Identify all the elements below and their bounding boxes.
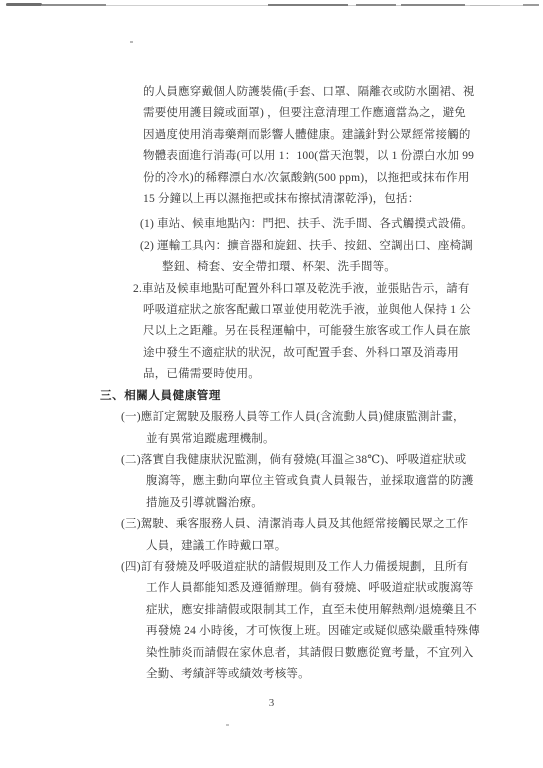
text-line: (一)應訂定駕駛及服務人員等工作人員(含流動人員)健康監測計畫， (0, 407, 543, 428)
text-line: 的人員應穿戴個人防護裝備(手套、口罩、隔離衣或防水圍裙、視 (0, 82, 543, 103)
text-line: 份的冷水)的稀釋漂白水/次氯酸鈉(500 ppm)，以拖把或抹布作用 (0, 168, 543, 189)
text-line: 整鈕、椅套、安全帶扣環、杯架、洗手間等。 (0, 257, 543, 278)
scan-line-segment (42, 4, 106, 6)
scan-speck (130, 41, 133, 43)
list-item-vehicles: (2) 運輸工具內：擴音器和旋鈕、扶手、按鈕、空調出口、座椅調 整鈕、椅套、安全… (0, 236, 543, 279)
text-line: 需要使用護目鏡或面罩) ，但要注意清理工作應適當為之，避免 (0, 103, 543, 124)
text-line: 染性肺炎而請假在家休息者，其請假日數應從寬考量，不宜列入 (0, 643, 543, 664)
scan-line-segment (401, 4, 465, 6)
text-line: 人員，建議工作時戴口罩。 (0, 536, 543, 557)
text-line: 品，已備需要時使用。 (0, 364, 543, 385)
text-line: 途中發生不適症狀的狀況，故可配置手套、外科口罩及消毒用 (0, 343, 543, 364)
sub-item-leave-rules: (四)訂有發燒及呼吸道症狀的請假規則及工作人力備援規劃，且所有 工作人員都能知悉… (0, 557, 543, 685)
text-line: 再發燒 24 小時後，才可恢復上班。因確定或疑似感染嚴重特殊傳 (0, 621, 543, 642)
text-line: (二)落實自我健康狀況監測，倘有發燒(耳溫≧38℃)、呼吸道症狀或 (0, 450, 543, 471)
sub-item-staff-masks: (三)駕駛、乘客服務人員、清潔消毒人員及其他經常接觸民眾之工作 人員，建議工作時… (0, 514, 543, 557)
text-line: 腹瀉等，應主動向單位主管或負責人員報告，並採取適當的防護 (0, 471, 543, 492)
scan-line-segment (470, 5, 500, 6)
text-line: 尺以上之距離。另在長程運輸中，可能發生旅客或工作人員在旅 (0, 321, 543, 342)
text-line: (四)訂有發燒及呼吸道症狀的請假規則及工作人力備援規劃，且所有 (0, 557, 543, 578)
text-line: 並有異常追蹤處理機制。 (0, 429, 543, 450)
sub-item-health-monitoring-plan: (一)應訂定駕駛及服務人員等工作人員(含流動人員)健康監測計畫， 並有異常追蹤處… (0, 407, 543, 450)
sub-item-self-monitoring: (二)落實自我健康狀況監測，倘有發燒(耳溫≧38℃)、呼吸道症狀或 腹瀉等，應主… (0, 450, 543, 514)
text-line: 呼吸道症狀之旅客配戴口罩並使用乾洗手液，並與他人保持 1 公 (0, 300, 543, 321)
text-line: (2) 運輸工具內：擴音器和旋鈕、扶手、按鈕、空調出口、座椅調 (0, 236, 543, 257)
page-number: 3 (0, 693, 543, 714)
text-line: 因過度使用消毒藥劑而影響人體健康。建議針對公眾經常接觸的 (0, 125, 543, 146)
text-line: 工作人員都能知悉及遵循辦理。倘有發燒、呼吸道症狀或腹瀉等 (0, 578, 543, 599)
scan-line-segment (523, 4, 539, 6)
text-line: (1) 車站、候車地點內：門把、扶手、洗手間、各式觸摸式設備。 (0, 214, 543, 235)
text-line: (三)駕駛、乘客服務人員、清潔消毒人員及其他經常接觸民眾之工作 (0, 514, 543, 535)
text-line: 15 分鐘以上再以濕拖把或抹布擦拭清潔乾淨)，包括： (0, 189, 543, 210)
document-body: 的人員應穿戴個人防護裝備(手套、口罩、隔離衣或防水圍裙、視 需要使用護目鏡或面罩… (0, 82, 543, 715)
text-line: 2.車站及候車地點可配置外科口罩及乾洗手液，並張貼告示，請有 (0, 279, 543, 300)
text-line: 症狀，應安排請假或限制其工作，直至未使用解熱劑/退燒藥且不 (0, 600, 543, 621)
text-line: 物體表面進行消毒(可以用 1：100(當天泡製，以 1 份漂白水加 99 (0, 146, 543, 167)
scan-line-segment (6, 3, 42, 6)
paragraph-disinfection-guidelines: 的人員應穿戴個人防護裝備(手套、口罩、隔離衣或防水圍裙、視 需要使用護目鏡或面罩… (0, 82, 543, 210)
scan-line-segment (356, 4, 396, 6)
list-item-stations: (1) 車站、候車地點內：門把、扶手、洗手間、各式觸摸式設備。 (0, 214, 543, 235)
paragraph-station-masks: 2.車站及候車地點可配置外科口罩及乾洗手液，並張貼告示，請有 呼吸道症狀之旅客配… (0, 279, 543, 386)
document-page: 的人員應穿戴個人防護裝備(手套、口罩、隔離衣或防水圍裙、視 需要使用護目鏡或面罩… (0, 0, 543, 768)
text-line: 全勤、考績評等或績效考核等。 (0, 664, 543, 685)
section-heading: 三、相關人員健康管理 (0, 386, 543, 407)
section-heading-health-management: 三、相關人員健康管理 (0, 386, 543, 407)
scan-speck (226, 724, 229, 726)
text-line: 措施及引導就醫治療。 (0, 493, 543, 514)
scan-line-segment (268, 4, 348, 6)
